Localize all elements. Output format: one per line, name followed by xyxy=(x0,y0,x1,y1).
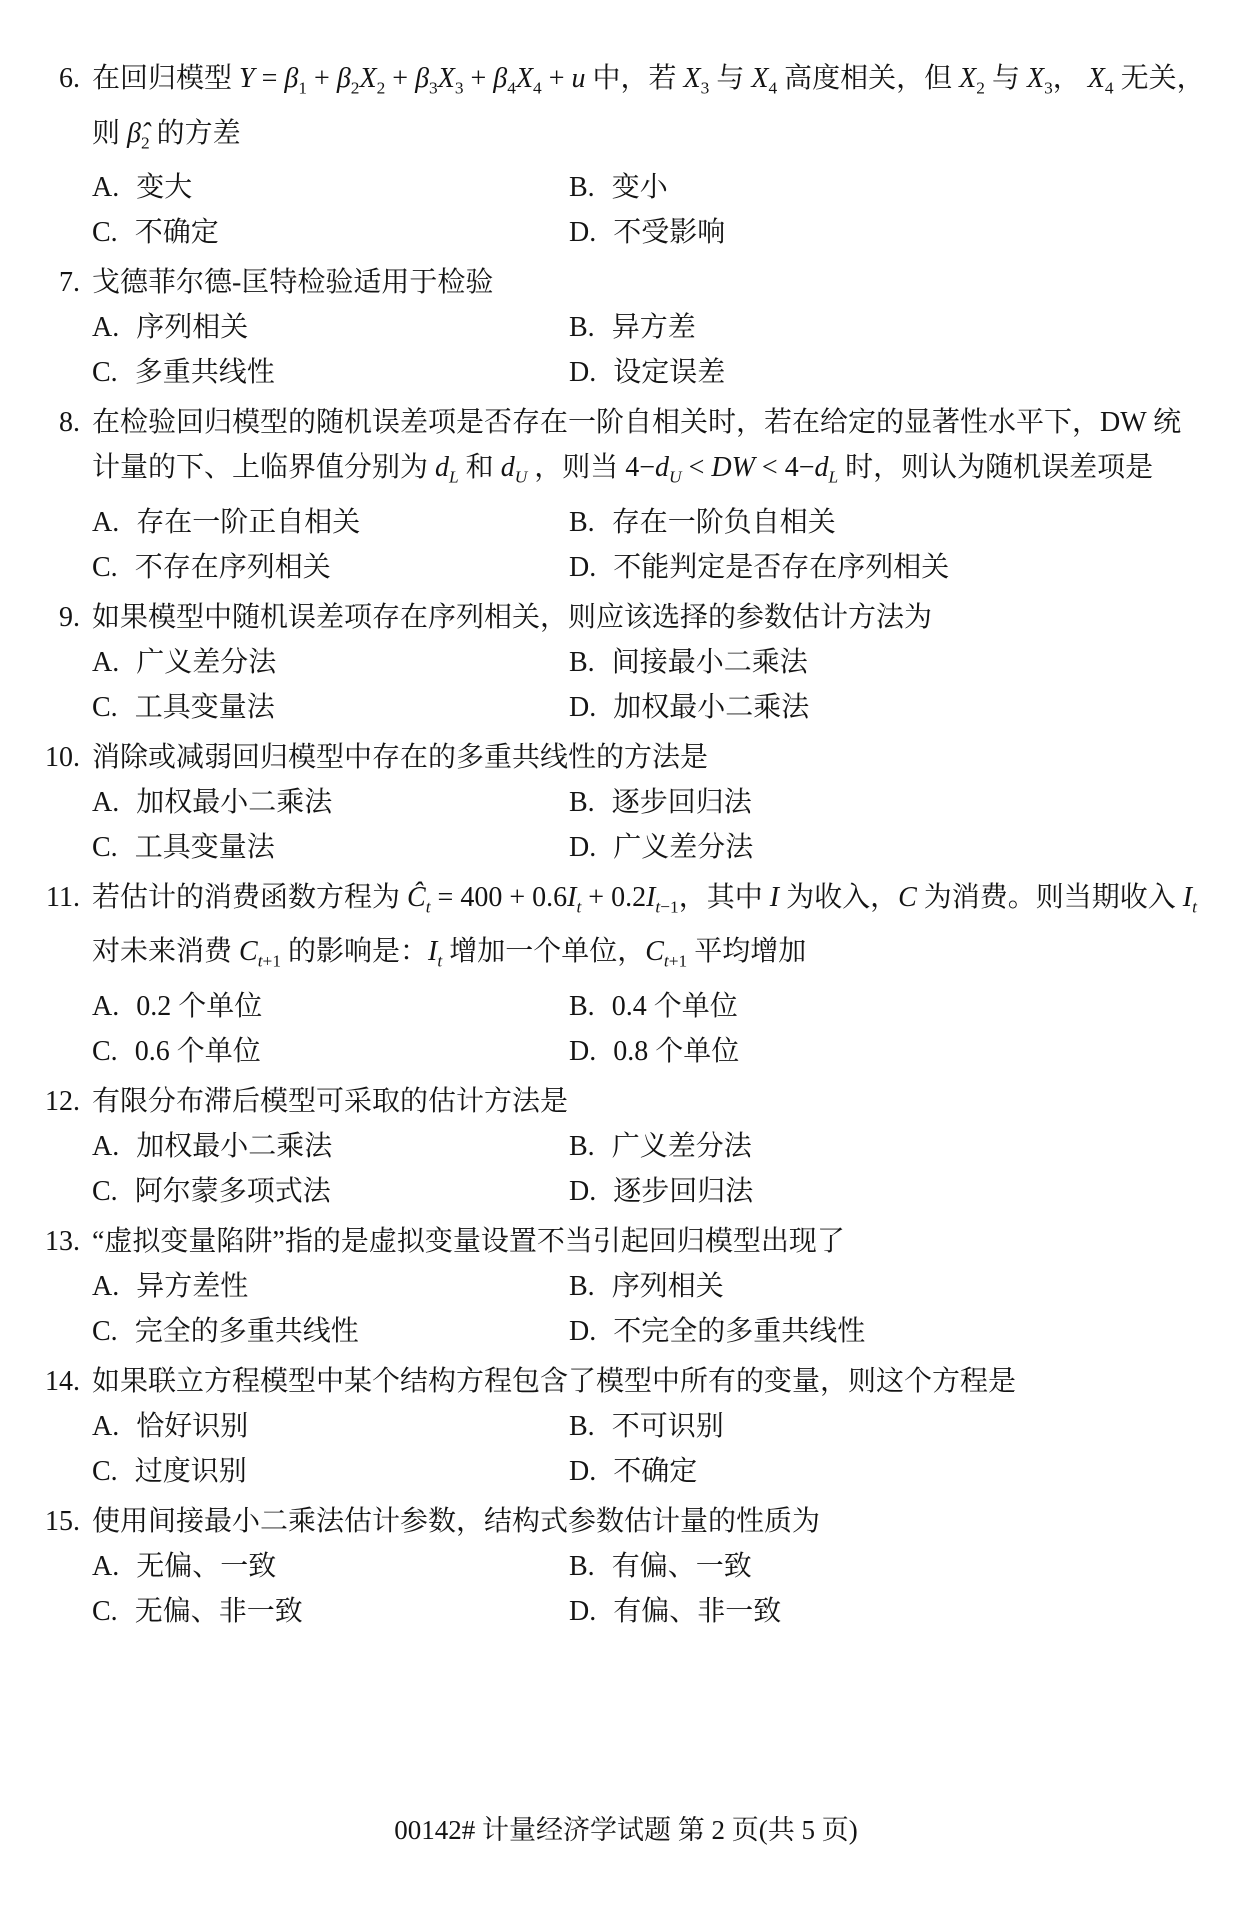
option-text: 不可识别 xyxy=(612,1411,724,1442)
question-stem: “虚拟变量陷阱”指的是虚拟变量设置不当引起回归模型出现了 xyxy=(92,1219,1207,1264)
option-text: 序列相关 xyxy=(136,312,248,343)
option-letter: C. xyxy=(92,217,118,248)
option-letter: D. xyxy=(569,552,596,583)
option-letter: A. xyxy=(92,507,119,538)
option-letter: B. xyxy=(569,172,595,203)
option-text: 存在一阶正自相关 xyxy=(136,507,360,538)
option-c: C.过度识别 xyxy=(92,1449,569,1494)
question-number: 9. xyxy=(40,595,80,640)
question-number: 6. xyxy=(40,56,80,101)
option-letter: C. xyxy=(92,1456,118,1487)
option-b: B.0.4 个单位 xyxy=(569,984,1207,1029)
question-stem: 如果联立方程模型中某个结构方程包含了模型中所有的变量，则这个方程是 xyxy=(92,1359,1207,1404)
option-letter: B. xyxy=(569,787,595,818)
option-letter: A. xyxy=(92,1411,119,1442)
option-d: D.不完全的多重共线性 xyxy=(569,1309,1207,1354)
option-letter: D. xyxy=(569,1456,596,1487)
option-c: C.不确定 xyxy=(92,210,569,255)
option-letter: B. xyxy=(569,647,595,678)
option-text: 0.8 个单位 xyxy=(613,1036,739,1067)
option-c: C.工具变量法 xyxy=(92,685,569,730)
option-letter: D. xyxy=(569,217,596,248)
question-stem: 消除或减弱回归模型中存在的多重共线性的方法是 xyxy=(92,735,1207,780)
option-text: 加权最小二乘法 xyxy=(136,787,332,818)
option-letter: D. xyxy=(569,1036,596,1067)
option-a: A.广义差分法 xyxy=(92,640,569,685)
question-14: 14. 如果联立方程模型中某个结构方程包含了模型中所有的变量，则这个方程是 A.… xyxy=(40,1359,1207,1494)
option-letter: C. xyxy=(92,692,118,723)
option-letter: A. xyxy=(92,1271,119,1302)
option-c: C.工具变量法 xyxy=(92,825,569,870)
option-text: 0.6 个单位 xyxy=(135,1036,261,1067)
option-letter: A. xyxy=(92,991,119,1022)
option-letter: B. xyxy=(569,507,595,538)
option-letter: B. xyxy=(569,1551,595,1582)
option-text: 不确定 xyxy=(135,217,219,248)
option-d: D.不受影响 xyxy=(569,210,1207,255)
option-text: 有偏、一致 xyxy=(612,1551,752,1582)
option-letter: C. xyxy=(92,1036,118,1067)
option-letter: C. xyxy=(92,1316,118,1347)
question-number: 13. xyxy=(40,1219,80,1264)
option-a: A.加权最小二乘法 xyxy=(92,1124,569,1169)
option-d: D.加权最小二乘法 xyxy=(569,685,1207,730)
option-c: C.无偏、非一致 xyxy=(92,1589,569,1634)
option-text: 间接最小二乘法 xyxy=(612,647,808,678)
option-text: 不能判定是否存在序列相关 xyxy=(613,552,949,583)
question-stem: 戈德菲尔德-匡特检验适用于检验 xyxy=(92,260,1207,305)
option-letter: A. xyxy=(92,787,119,818)
option-b: B.存在一阶负自相关 xyxy=(569,500,1207,545)
option-text: 不确定 xyxy=(613,1456,697,1487)
question-stem: 在检验回归模型的随机误差项是否存在一阶自相关时，若在给定的显著性水平下，DW 统… xyxy=(92,400,1207,500)
option-d: D.不确定 xyxy=(569,1449,1207,1494)
option-d: D.逐步回归法 xyxy=(569,1169,1207,1214)
question-9: 9. 如果模型中随机误差项存在序列相关，则应该选择的参数估计方法为 A.广义差分… xyxy=(40,595,1207,730)
option-text: 设定误差 xyxy=(613,357,725,388)
option-a: A.0.2 个单位 xyxy=(92,984,569,1029)
option-c: C.不存在序列相关 xyxy=(92,545,569,590)
option-letter: C. xyxy=(92,1176,118,1207)
option-letter: A. xyxy=(92,312,119,343)
option-text: 广义差分法 xyxy=(613,832,753,863)
option-a: A.恰好识别 xyxy=(92,1404,569,1449)
option-a: A.存在一阶正自相关 xyxy=(92,500,569,545)
option-text: 序列相关 xyxy=(612,1271,724,1302)
option-a: A.异方差性 xyxy=(92,1264,569,1309)
option-text: 广义差分法 xyxy=(612,1131,752,1162)
option-a: A.变大 xyxy=(92,165,569,210)
option-c: C.完全的多重共线性 xyxy=(92,1309,569,1354)
option-letter: C. xyxy=(92,552,118,583)
question-stem: 如果模型中随机误差项存在序列相关，则应该选择的参数估计方法为 xyxy=(92,595,1207,640)
question-number: 8. xyxy=(40,400,80,445)
option-letter: B. xyxy=(569,1131,595,1162)
option-text: 工具变量法 xyxy=(135,692,275,723)
option-letter: D. xyxy=(569,1316,596,1347)
option-b: B.序列相关 xyxy=(569,1264,1207,1309)
option-b: B.异方差 xyxy=(569,305,1207,350)
option-text: 不受影响 xyxy=(613,217,725,248)
question-stem: 若估计的消费函数方程为 Ĉt = 400 + 0.6It + 0.2It−1，其… xyxy=(92,875,1207,984)
option-text: 无偏、一致 xyxy=(136,1551,276,1582)
page-footer: 00142# 计量经济学试题 第 2 页(共 5 页) xyxy=(0,1810,1252,1850)
option-letter: D. xyxy=(569,832,596,863)
option-text: 完全的多重共线性 xyxy=(135,1316,359,1347)
option-c: C.阿尔蒙多项式法 xyxy=(92,1169,569,1214)
option-letter: C. xyxy=(92,357,118,388)
option-d: D.设定误差 xyxy=(569,350,1207,395)
option-text: 逐步回归法 xyxy=(612,787,752,818)
option-text: 广义差分法 xyxy=(136,647,276,678)
option-text: 阿尔蒙多项式法 xyxy=(135,1176,331,1207)
option-a: A.序列相关 xyxy=(92,305,569,350)
option-text: 变大 xyxy=(136,172,192,203)
option-letter: D. xyxy=(569,1176,596,1207)
question-stem: 使用间接最小二乘法估计参数，结构式参数估计量的性质为 xyxy=(92,1499,1207,1544)
question-number: 11. xyxy=(40,875,80,920)
option-text: 异方差性 xyxy=(136,1271,248,1302)
option-text: 工具变量法 xyxy=(135,832,275,863)
option-b: B.不可识别 xyxy=(569,1404,1207,1449)
question-8: 8. 在检验回归模型的随机误差项是否存在一阶自相关时，若在给定的显著性水平下，D… xyxy=(40,400,1207,590)
option-c: C.0.6 个单位 xyxy=(92,1029,569,1074)
question-7: 7. 戈德菲尔德-匡特检验适用于检验 A.序列相关 B.异方差 C.多重共线性 … xyxy=(40,260,1207,395)
option-letter: B. xyxy=(569,1411,595,1442)
option-letter: A. xyxy=(92,1131,119,1162)
question-11: 11. 若估计的消费函数方程为 Ĉt = 400 + 0.6It + 0.2It… xyxy=(40,875,1207,1074)
option-text: 恰好识别 xyxy=(136,1411,248,1442)
option-letter: C. xyxy=(92,1596,118,1627)
exam-page-body: 6. 在回归模型 Y = β1 + β2X2 + β3X3 + β4X4 + u… xyxy=(40,56,1207,1639)
option-text: 过度识别 xyxy=(135,1456,247,1487)
option-a: A.无偏、一致 xyxy=(92,1544,569,1589)
question-12: 12. 有限分布滞后模型可采取的估计方法是 A.加权最小二乘法 B.广义差分法 … xyxy=(40,1079,1207,1214)
option-d: D.有偏、非一致 xyxy=(569,1589,1207,1634)
option-text: 0.2 个单位 xyxy=(136,991,262,1022)
option-letter: D. xyxy=(569,1596,596,1627)
option-text: 有偏、非一致 xyxy=(613,1596,781,1627)
option-letter: B. xyxy=(569,1271,595,1302)
option-text: 异方差 xyxy=(612,312,696,343)
question-15: 15. 使用间接最小二乘法估计参数，结构式参数估计量的性质为 A.无偏、一致 B… xyxy=(40,1499,1207,1634)
option-a: A.加权最小二乘法 xyxy=(92,780,569,825)
option-text: 加权最小二乘法 xyxy=(136,1131,332,1162)
option-b: B.变小 xyxy=(569,165,1207,210)
option-text: 不存在序列相关 xyxy=(135,552,331,583)
option-d: D.广义差分法 xyxy=(569,825,1207,870)
option-text: 变小 xyxy=(612,172,668,203)
option-text: 不完全的多重共线性 xyxy=(613,1316,865,1347)
option-c: C.多重共线性 xyxy=(92,350,569,395)
option-letter: B. xyxy=(569,312,595,343)
option-letter: A. xyxy=(92,1551,119,1582)
option-d: D.0.8 个单位 xyxy=(569,1029,1207,1074)
question-number: 14. xyxy=(40,1359,80,1404)
option-text: 0.4 个单位 xyxy=(612,991,738,1022)
option-text: 无偏、非一致 xyxy=(135,1596,303,1627)
option-letter: A. xyxy=(92,172,119,203)
option-text: 多重共线性 xyxy=(135,357,275,388)
option-letter: C. xyxy=(92,832,118,863)
question-10: 10. 消除或减弱回归模型中存在的多重共线性的方法是 A.加权最小二乘法 B.逐… xyxy=(40,735,1207,870)
option-letter: D. xyxy=(569,692,596,723)
option-b: B.广义差分法 xyxy=(569,1124,1207,1169)
option-letter: D. xyxy=(569,357,596,388)
option-text: 逐步回归法 xyxy=(613,1176,753,1207)
option-letter: B. xyxy=(569,991,595,1022)
question-stem: 在回归模型 Y = β1 + β2X2 + β3X3 + β4X4 + u 中，… xyxy=(92,56,1207,165)
option-d: D.不能判定是否存在序列相关 xyxy=(569,545,1207,590)
option-text: 存在一阶负自相关 xyxy=(612,507,836,538)
question-number: 12. xyxy=(40,1079,80,1124)
option-b: B.有偏、一致 xyxy=(569,1544,1207,1589)
option-text: 加权最小二乘法 xyxy=(613,692,809,723)
question-13: 13. “虚拟变量陷阱”指的是虚拟变量设置不当引起回归模型出现了 A.异方差性 … xyxy=(40,1219,1207,1354)
question-6: 6. 在回归模型 Y = β1 + β2X2 + β3X3 + β4X4 + u… xyxy=(40,56,1207,255)
option-letter: A. xyxy=(92,647,119,678)
question-number: 10. xyxy=(40,735,80,780)
question-number: 15. xyxy=(40,1499,80,1544)
option-b: B.逐步回归法 xyxy=(569,780,1207,825)
option-b: B.间接最小二乘法 xyxy=(569,640,1207,685)
question-stem: 有限分布滞后模型可采取的估计方法是 xyxy=(92,1079,1207,1124)
question-number: 7. xyxy=(40,260,80,305)
